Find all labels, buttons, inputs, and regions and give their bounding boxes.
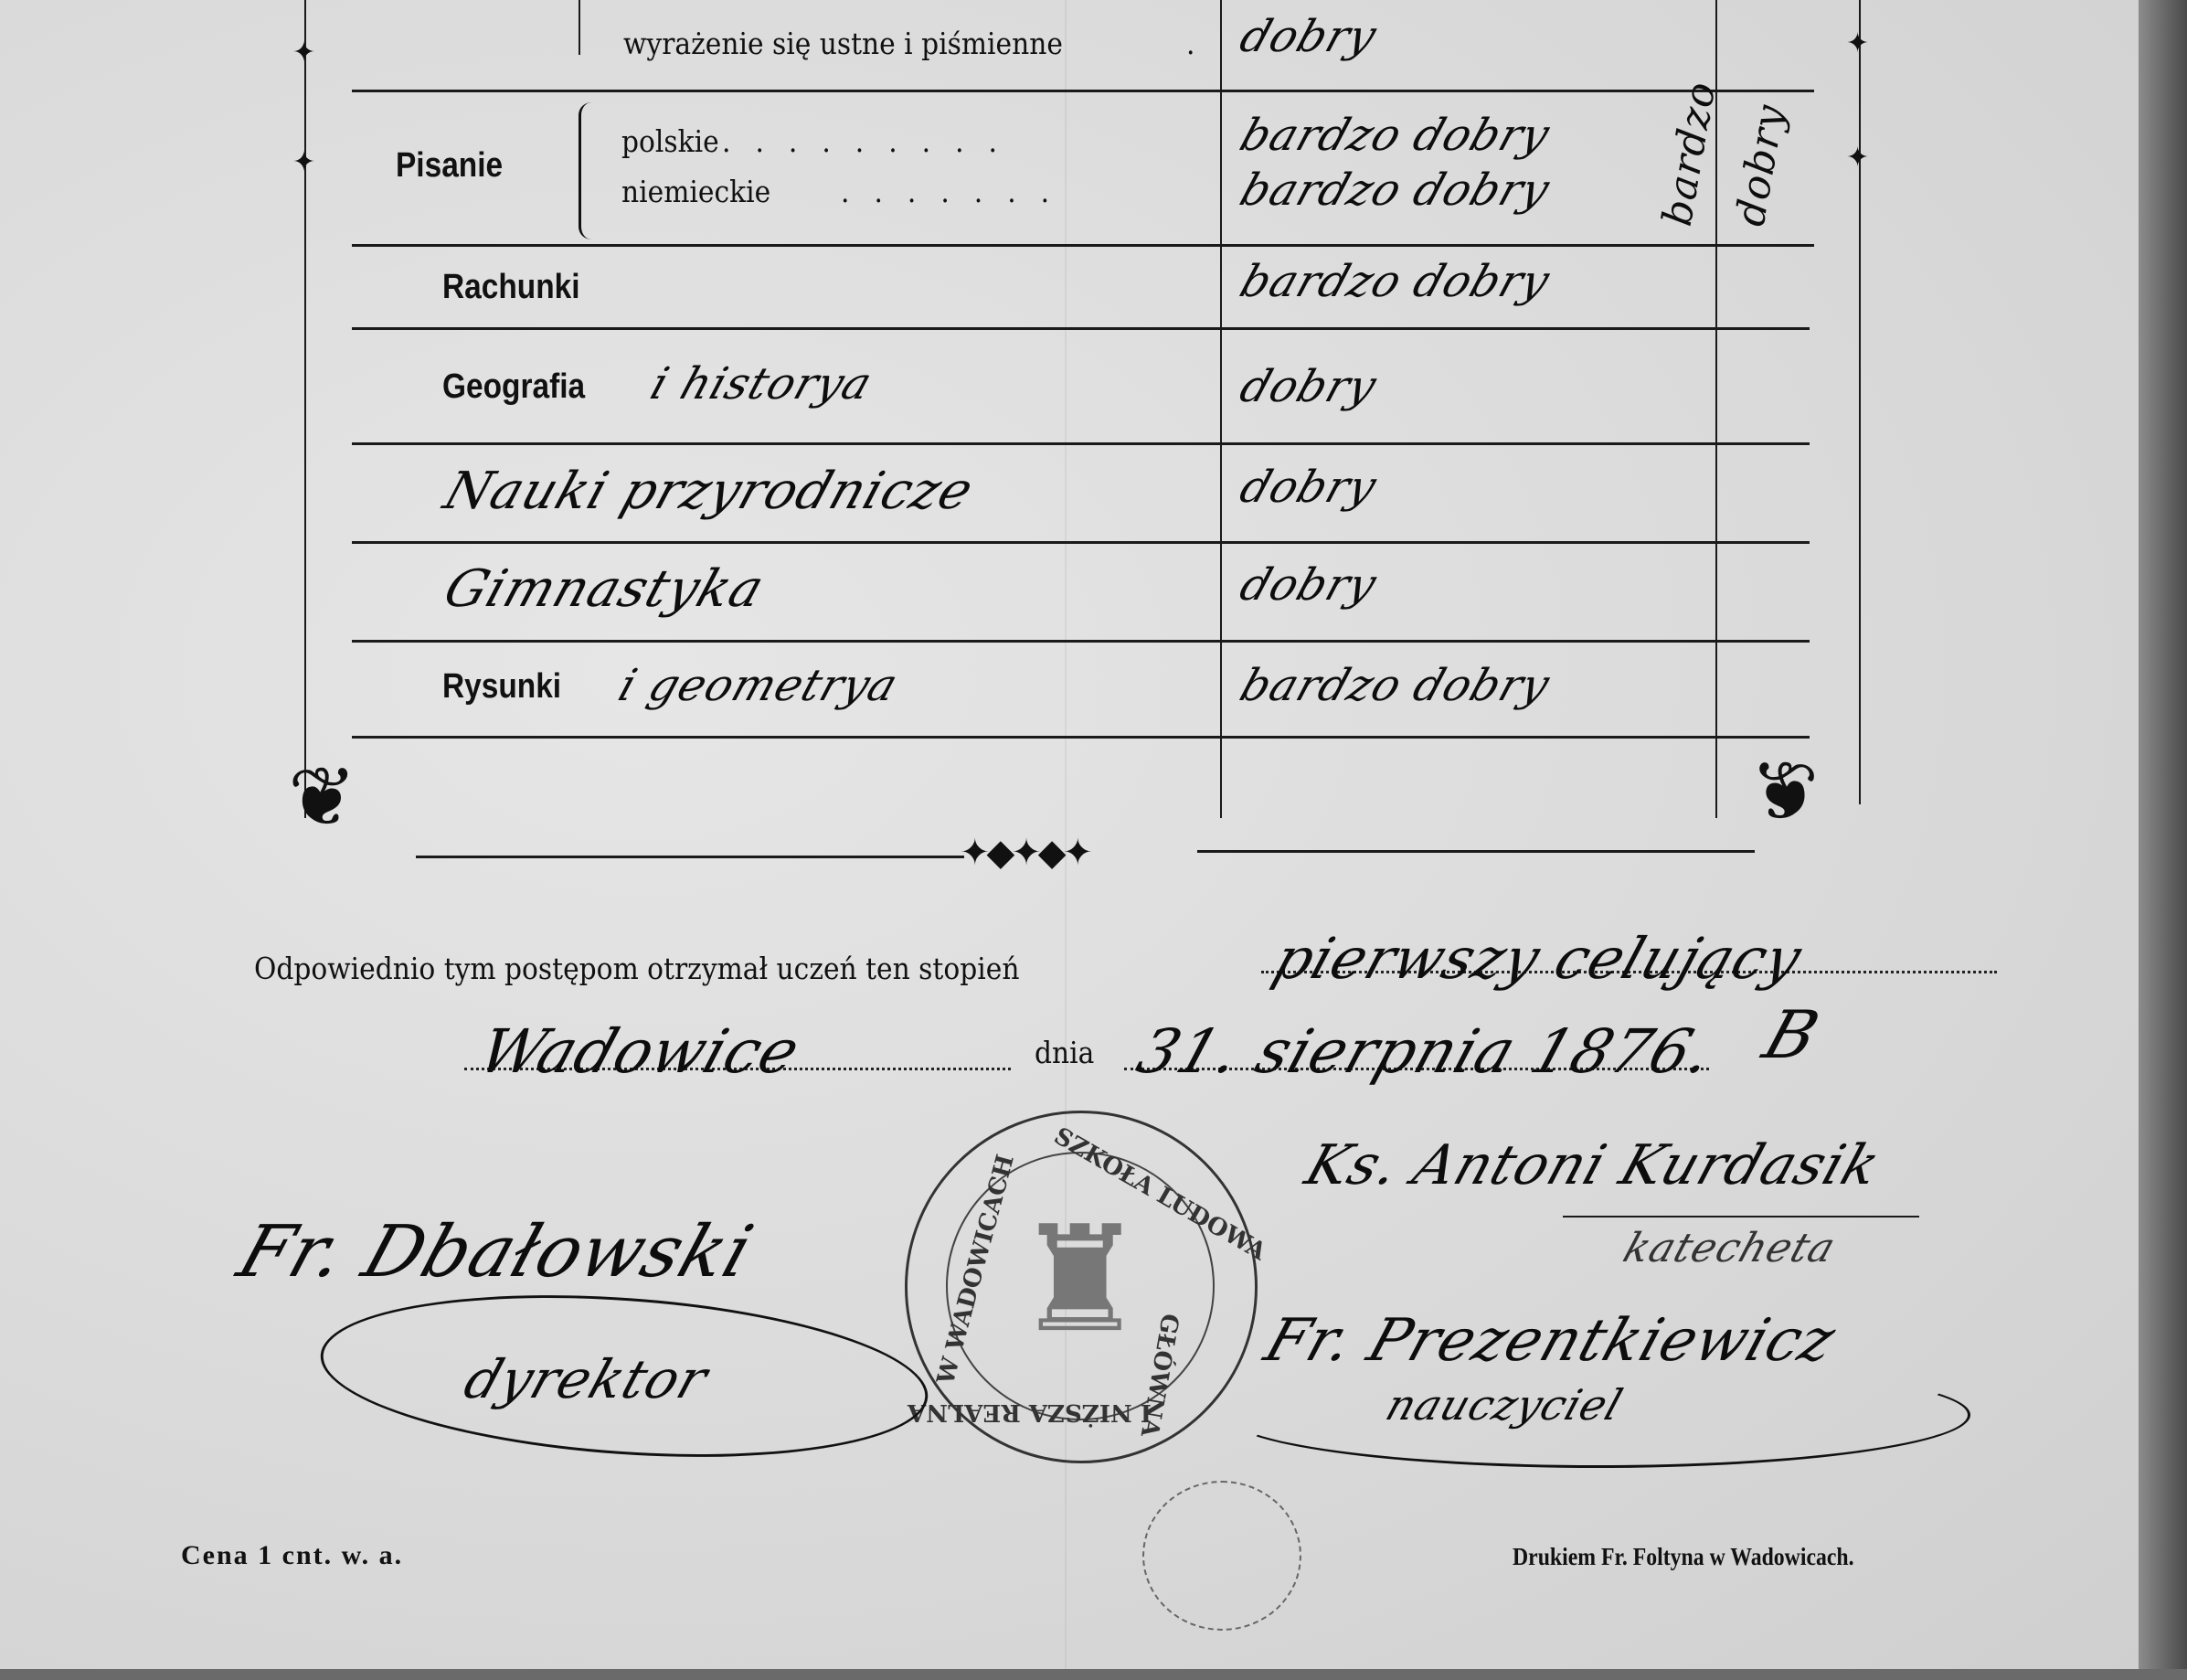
director-title: dyrektor bbox=[457, 1348, 716, 1410]
row-separator bbox=[352, 244, 1814, 247]
border-ornament-icon: ✦ bbox=[292, 146, 315, 178]
border-ornament-icon: ✦ bbox=[1846, 27, 1869, 59]
subject-handwritten: Nauki przyrodnicze bbox=[437, 462, 981, 521]
subject-label: Rachunki bbox=[442, 268, 580, 307]
faint-stamp-mark bbox=[1142, 1481, 1301, 1631]
grade-value: dobry bbox=[1234, 11, 1384, 62]
border-ornament-icon: ✦ bbox=[292, 37, 315, 69]
row-separator bbox=[352, 90, 1814, 92]
center-ornament-icon: ✦◆✦◆✦ bbox=[960, 832, 1089, 874]
grade-value: bardzo dobry bbox=[1234, 256, 1556, 307]
place-value: Wadowice bbox=[471, 1016, 809, 1087]
corner-ornament-icon: ❦ bbox=[1750, 751, 1819, 834]
subject-label: Rysunki bbox=[442, 667, 561, 707]
subject-label: Pisanie bbox=[396, 146, 503, 186]
leader-dot: . bbox=[1186, 26, 1194, 61]
ornament-line bbox=[416, 856, 964, 858]
seal-text: I NIŻSZA REALNA bbox=[908, 1398, 1152, 1426]
printer-note: Drukiem Fr. Foltyna w Wadowicach. bbox=[1513, 1543, 1854, 1571]
catechist-title: katecheta bbox=[1618, 1225, 1842, 1271]
subgroup-brace bbox=[579, 0, 580, 55]
summary-printed-text: Odpowiednio tym postępom otrzymał uczeń … bbox=[254, 951, 1019, 986]
row-separator bbox=[352, 327, 1810, 330]
seal-coat-of-arms-icon: ♜ bbox=[1014, 1207, 1145, 1353]
grade-value: dobry bbox=[1234, 462, 1384, 513]
corner-ornament-icon: ❦ bbox=[288, 757, 356, 839]
subject-sub-label: wyrażenie się ustne i piśmienne bbox=[623, 26, 1063, 61]
grade-value: bardzo dobry bbox=[1234, 165, 1556, 216]
grade-value: bardzo dobry bbox=[1234, 110, 1556, 161]
border-ornament-icon: ✦ bbox=[1846, 142, 1869, 174]
leader-dots: ......... bbox=[722, 123, 1022, 159]
teacher-title: nauczyciel bbox=[1380, 1380, 1630, 1430]
dnia-label: dnia bbox=[1035, 1035, 1094, 1070]
scan-bottom-edge bbox=[0, 1669, 2187, 1680]
price-note: Cena 1 cnt. w. a. bbox=[181, 1540, 403, 1571]
catechist-signature: Ks. Antoni Kurdasik bbox=[1298, 1133, 1888, 1197]
summary-handwritten: pierwszy celujący bbox=[1266, 925, 1810, 992]
grade-value: bardzo dobry bbox=[1234, 660, 1556, 711]
director-signature: Fr. Dbałowski bbox=[228, 1211, 763, 1293]
grade-value: dobry bbox=[1234, 361, 1384, 412]
leader-dots: ....... bbox=[841, 174, 1074, 209]
grade-column-divider bbox=[1220, 0, 1222, 818]
row-separator bbox=[352, 736, 1810, 739]
left-border-line bbox=[304, 0, 306, 818]
grade-value: dobry bbox=[1234, 559, 1384, 611]
subject-sub-label: niemieckie bbox=[621, 174, 770, 209]
row-separator bbox=[352, 541, 1810, 544]
row-separator bbox=[352, 442, 1810, 445]
ornament-line bbox=[1197, 850, 1755, 853]
subject-handwritten-suffix: i geometrya bbox=[612, 660, 905, 711]
subject-handwritten: Gimnastyka bbox=[437, 559, 772, 619]
signature-underline bbox=[1563, 1216, 1919, 1217]
right-border-line bbox=[1859, 0, 1861, 804]
row-separator bbox=[352, 640, 1810, 643]
subject-handwritten-suffix: i historya bbox=[644, 358, 879, 409]
pisanie-brace bbox=[579, 102, 598, 239]
subject-label: Geografia bbox=[442, 367, 585, 407]
date-value: 31. sierpnia 1876. bbox=[1129, 1016, 1723, 1087]
scan-edge bbox=[2139, 0, 2187, 1680]
subject-sub-label: polskie bbox=[621, 123, 719, 159]
